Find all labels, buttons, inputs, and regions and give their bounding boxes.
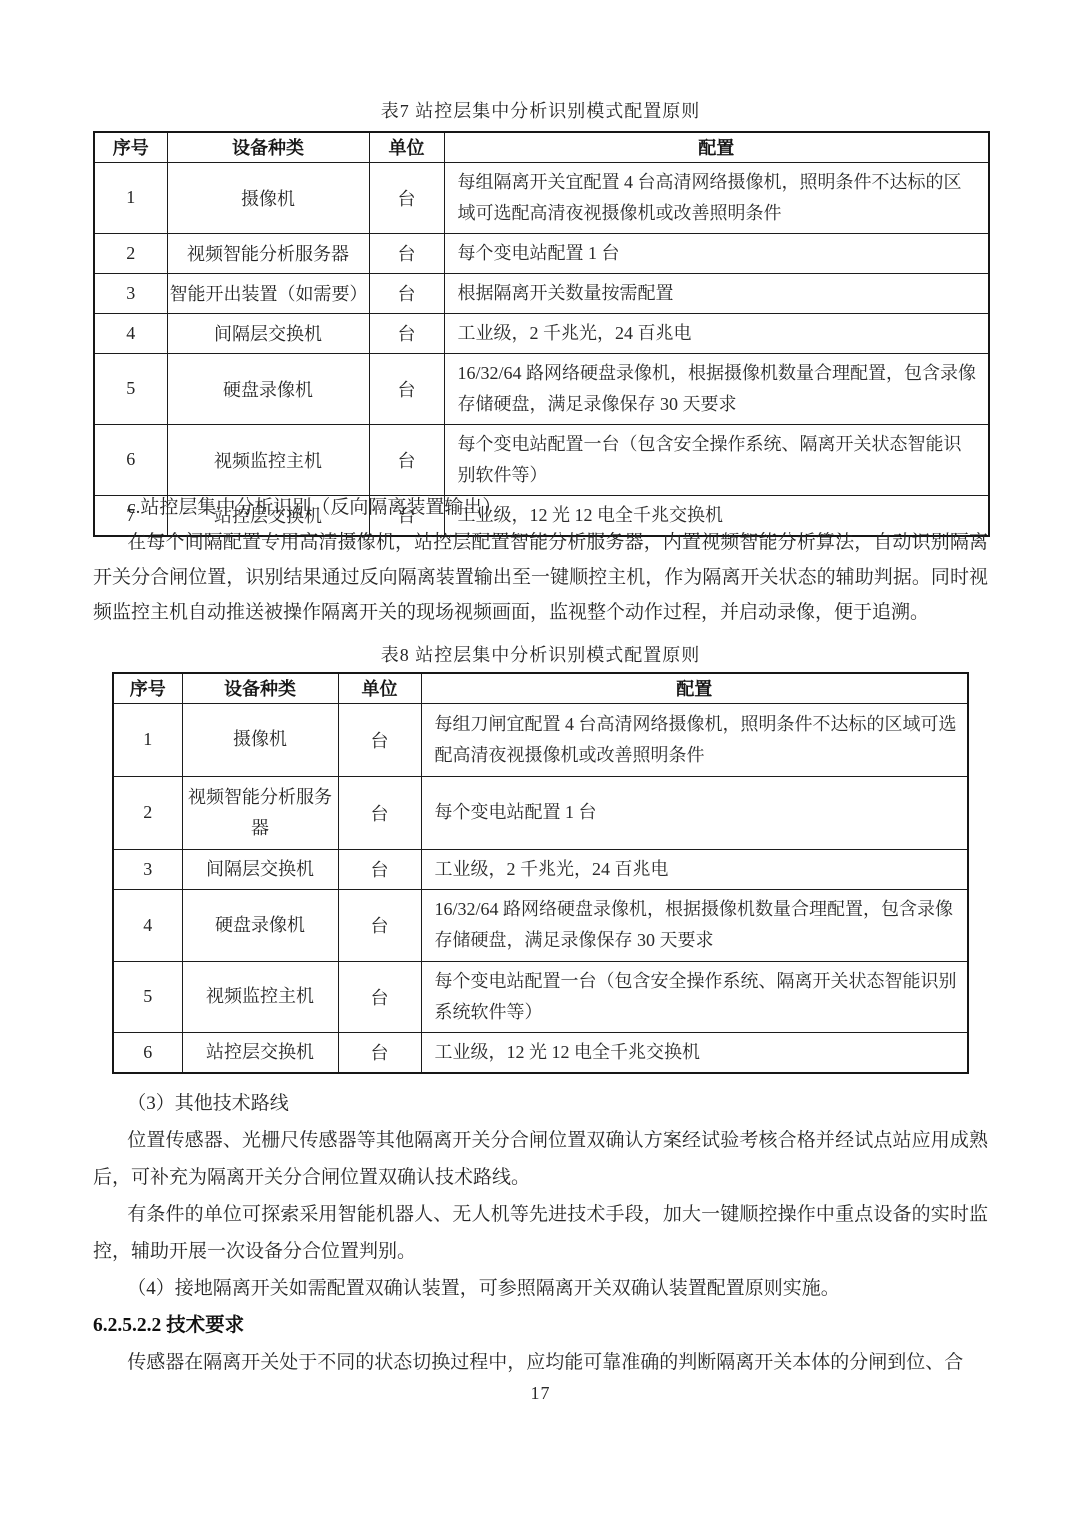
table8: 序号 设备种类 单位 配置 1 摄像机 台 每组刀闸宜配置 4 台高清网络摄像机… xyxy=(112,672,969,1074)
cell-config: 16/32/64 路网络硬盘录像机，根据摄像机数量合理配置，包含录像存储硬盘，满… xyxy=(421,889,968,961)
table7: 序号 设备种类 单位 配置 1 摄像机 台 每组隔离开关宜配置 4 台高清网络摄… xyxy=(93,131,990,537)
cell-no: 4 xyxy=(113,889,182,961)
cell-device: 间隔层交换机 xyxy=(182,849,338,889)
cell-no: 3 xyxy=(94,273,167,313)
cell-config: 根据隔离开关数量按需配置 xyxy=(444,273,989,313)
section-c-body: 在每个间隔配置专用高清摄像机，站控层配置智能分析服务器，内置视频智能分析算法，自… xyxy=(93,525,988,630)
table8-header-row: 序号 设备种类 单位 配置 xyxy=(113,673,968,703)
cell-device: 视频监控主机 xyxy=(182,961,338,1032)
table8-header-config: 配置 xyxy=(421,673,968,703)
cell-unit: 台 xyxy=(369,233,444,273)
cell-device: 站控层交换机 xyxy=(182,1032,338,1073)
cell-unit: 台 xyxy=(338,776,421,849)
cell-no: 2 xyxy=(94,233,167,273)
table8-header-no: 序号 xyxy=(113,673,182,703)
cell-unit: 台 xyxy=(369,273,444,313)
item3-body2: 有条件的单位可探索采用智能机器人、无人机等先进技术手段，加大一键顺控操作中重点设… xyxy=(93,1196,988,1270)
cell-unit: 台 xyxy=(338,703,421,776)
cell-device: 视频智能分析服务器 xyxy=(182,776,338,849)
cell-config: 每个变电站配置一台（包含安全操作系统、隔离开关状态智能识别软件等） xyxy=(444,424,989,495)
cell-config: 16/32/64 路网络硬盘录像机，根据摄像机数量合理配置，包含录像存储硬盘，满… xyxy=(444,353,989,424)
table-row: 3 间隔层交换机 台 工业级，2 千兆光，24 百兆电 xyxy=(113,849,968,889)
section-c-heading: c.站控层集中分析识别（反向隔离装置输出） xyxy=(93,490,988,525)
table7-header-row: 序号 设备种类 单位 配置 xyxy=(94,132,989,162)
table-row: 5 硬盘录像机 台 16/32/64 路网络硬盘录像机，根据摄像机数量合理配置，… xyxy=(94,353,989,424)
table7-header-unit: 单位 xyxy=(369,132,444,162)
cell-unit: 台 xyxy=(338,1032,421,1073)
item4-body: （4）接地隔离开关如需配置双确认装置，可参照隔离开关双确认装置配置原则实施。 xyxy=(93,1270,988,1307)
table-row: 2 视频智能分析服务器 台 每个变电站配置 1 台 xyxy=(94,233,989,273)
section-6-2-5-2-2-body: 传感器在隔离开关处于不同的状态切换过程中，应均能可靠准确的判断隔离开关本体的分闸… xyxy=(93,1344,988,1381)
closing-section: （3）其他技术路线 位置传感器、光栅尺传感器等其他隔离开关分合闸位置双确认方案经… xyxy=(93,1085,988,1381)
cell-config: 工业级，2 千兆光，24 百兆电 xyxy=(444,313,989,353)
cell-unit: 台 xyxy=(369,162,444,233)
cell-unit: 台 xyxy=(338,889,421,961)
table-row: 6 视频监控主机 台 每个变电站配置一台（包含安全操作系统、隔离开关状态智能识别… xyxy=(94,424,989,495)
cell-no: 1 xyxy=(113,703,182,776)
cell-no: 6 xyxy=(94,424,167,495)
cell-device: 视频监控主机 xyxy=(167,424,369,495)
table-row: 6 站控层交换机 台 工业级，12 光 12 电全千兆交换机 xyxy=(113,1032,968,1073)
cell-config: 每组刀闸宜配置 4 台高清网络摄像机，照明条件不达标的区域可选配高清夜视摄像机或… xyxy=(421,703,968,776)
item3-body: 位置传感器、光栅尺传感器等其他隔离开关分合闸位置双确认方案经试验考核合格并经试点… xyxy=(93,1122,988,1196)
cell-device: 智能开出装置（如需要） xyxy=(167,273,369,313)
cell-unit: 台 xyxy=(369,424,444,495)
cell-no: 3 xyxy=(113,849,182,889)
cell-config: 每个变电站配置一台（包含安全操作系统、隔离开关状态智能识别系统软件等） xyxy=(421,961,968,1032)
document-page: 表7 站控层集中分析识别模式配置原则 序号 设备种类 单位 配置 1 摄像机 台… xyxy=(0,0,1080,1527)
table7-header-no: 序号 xyxy=(94,132,167,162)
table-row: 4 硬盘录像机 台 16/32/64 路网络硬盘录像机，根据摄像机数量合理配置，… xyxy=(113,889,968,961)
table-row: 2 视频智能分析服务器 台 每个变电站配置 1 台 xyxy=(113,776,968,849)
cell-no: 4 xyxy=(94,313,167,353)
table-row: 5 视频监控主机 台 每个变电站配置一台（包含安全操作系统、隔离开关状态智能识别… xyxy=(113,961,968,1032)
cell-no: 1 xyxy=(94,162,167,233)
cell-unit: 台 xyxy=(338,849,421,889)
cell-unit: 台 xyxy=(369,313,444,353)
table8-title: 表8 站控层集中分析识别模式配置原则 xyxy=(93,641,988,667)
item3-heading: （3）其他技术路线 xyxy=(93,1085,988,1122)
cell-config: 工业级，12 光 12 电全千兆交换机 xyxy=(421,1032,968,1073)
section-6-2-5-2-2-heading: 6.2.5.2.2 技术要求 xyxy=(93,1307,988,1344)
cell-unit: 台 xyxy=(338,961,421,1032)
cell-no: 5 xyxy=(94,353,167,424)
cell-config: 每个变电站配置 1 台 xyxy=(444,233,989,273)
table-row: 1 摄像机 台 每组隔离开关宜配置 4 台高清网络摄像机，照明条件不达标的区域可… xyxy=(94,162,989,233)
cell-device: 摄像机 xyxy=(167,162,369,233)
cell-device: 硬盘录像机 xyxy=(182,889,338,961)
cell-unit: 台 xyxy=(369,353,444,424)
table-row: 4 间隔层交换机 台 工业级，2 千兆光，24 百兆电 xyxy=(94,313,989,353)
table-row: 3 智能开出装置（如需要） 台 根据隔离开关数量按需配置 xyxy=(94,273,989,313)
page-number: 17 xyxy=(93,1383,988,1404)
table8-header-device: 设备种类 xyxy=(182,673,338,703)
page-content: 表7 站控层集中分析识别模式配置原则 序号 设备种类 单位 配置 1 摄像机 台… xyxy=(93,0,988,1527)
cell-no: 5 xyxy=(113,961,182,1032)
cell-device: 硬盘录像机 xyxy=(167,353,369,424)
cell-config: 工业级，2 千兆光，24 百兆电 xyxy=(421,849,968,889)
cell-device: 间隔层交换机 xyxy=(167,313,369,353)
table8-header-unit: 单位 xyxy=(338,673,421,703)
table7-header-config: 配置 xyxy=(444,132,989,162)
cell-no: 6 xyxy=(113,1032,182,1073)
table-row: 1 摄像机 台 每组刀闸宜配置 4 台高清网络摄像机，照明条件不达标的区域可选配… xyxy=(113,703,968,776)
cell-device: 视频智能分析服务器 xyxy=(167,233,369,273)
cell-config: 每个变电站配置 1 台 xyxy=(421,776,968,849)
cell-device: 摄像机 xyxy=(182,703,338,776)
cell-no: 2 xyxy=(113,776,182,849)
table7-header-device: 设备种类 xyxy=(167,132,369,162)
table7-title: 表7 站控层集中分析识别模式配置原则 xyxy=(93,97,988,123)
cell-config: 每组隔离开关宜配置 4 台高清网络摄像机，照明条件不达标的区域可选配高清夜视摄像… xyxy=(444,162,989,233)
section-c: c.站控层集中分析识别（反向隔离装置输出） 在每个间隔配置专用高清摄像机，站控层… xyxy=(93,490,988,630)
